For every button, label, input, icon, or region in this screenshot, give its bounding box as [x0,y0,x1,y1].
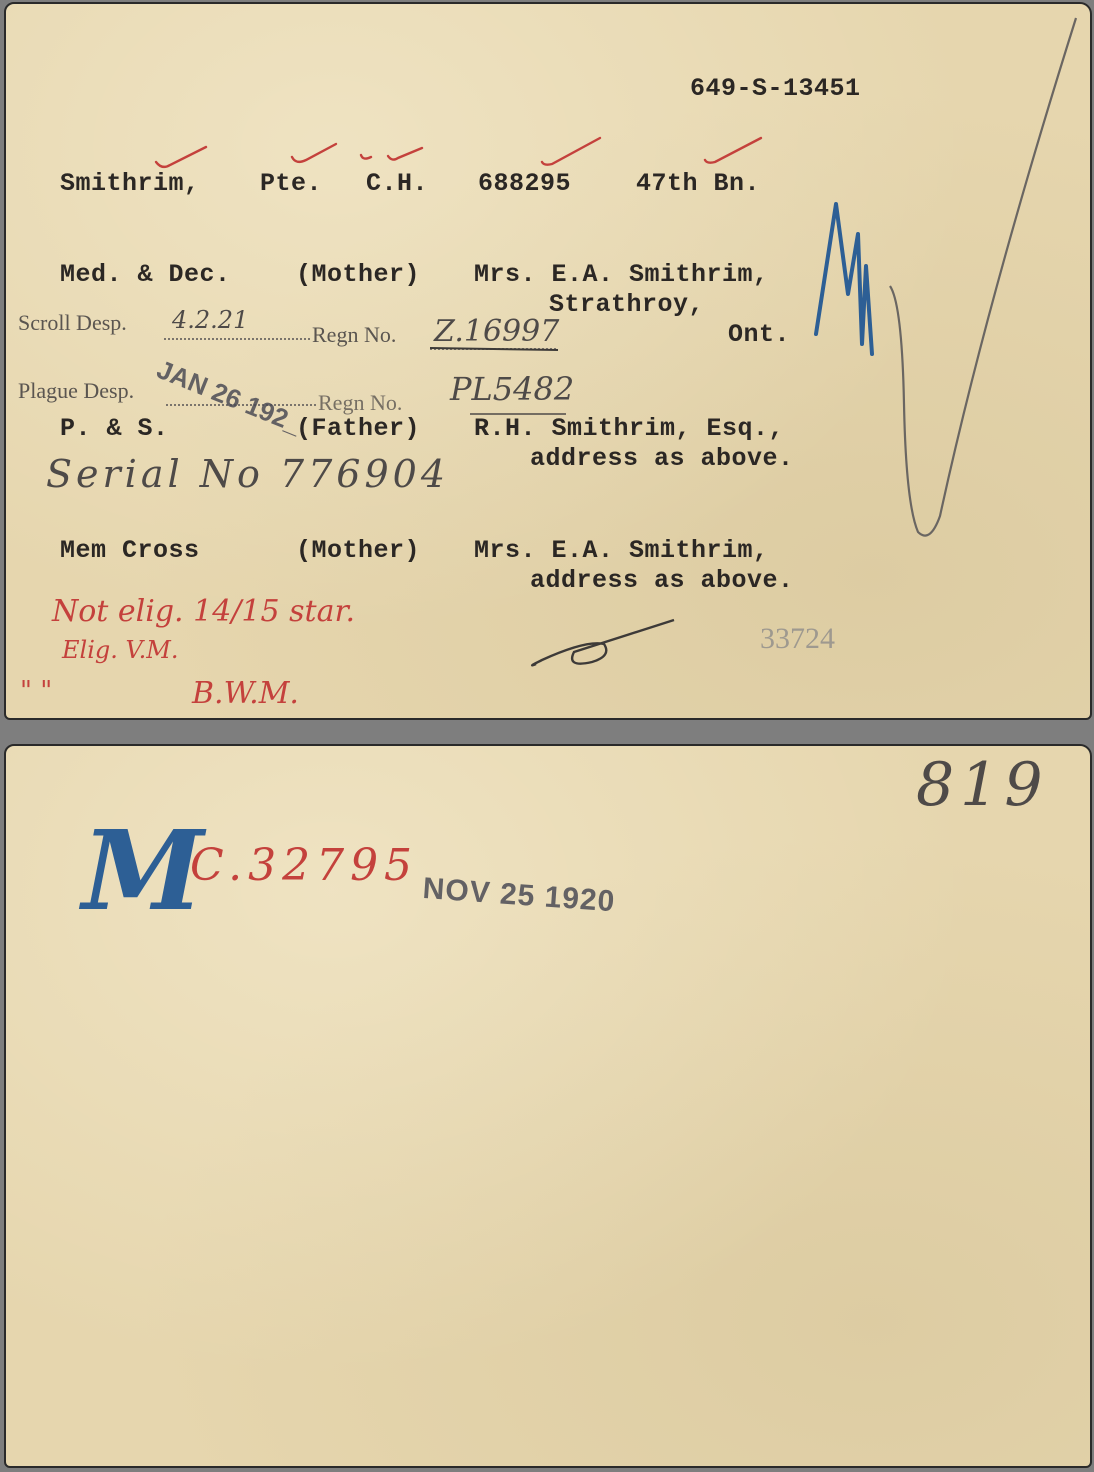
ps-relation: (Father) [296,414,420,443]
date-stamp: NOV 25 1920 [422,872,617,919]
med-dec-relation: (Mother) [296,260,420,289]
back-blue-initial: M [82,806,204,935]
scroll-date-line [164,338,310,340]
file-number: 649-S-13451 [690,74,861,103]
red-reference: C.32795 [190,840,418,891]
scroll-desp-label: Scroll Desp. [18,310,127,336]
blue-initial-mark [816,204,872,354]
plaque-regn-label: Regn No. [318,390,402,416]
pencil-check-mark [890,18,1076,536]
faint-stamped-number: 33724 [760,622,835,656]
card-front: 649-S-13451 Smithrim, Pte. C.H. 688295 4… [4,2,1092,720]
red-note-line-3-right: B.W.M. [192,676,299,711]
ps-label: P. & S. [60,414,169,443]
mem-cross-address: address as above. [530,566,794,595]
regimental-number: 688295 [478,169,571,198]
plaque-regn-value: PL5482 [450,370,574,408]
plaque-desp-label: Plague Desp. [18,378,134,404]
ps-address: address as above. [530,444,794,473]
rank: Pte. [260,169,322,198]
mem-cross-label: Mem Cross [60,536,200,565]
mem-cross-relation: (Mother) [296,536,420,565]
pencil-initials-mark [532,620,674,665]
card-back: 819 M C.32795 NOV 25 1920 [4,744,1092,1468]
mem-cross-name: Mrs. E.A. Smithrim, [474,536,769,565]
initials: C.H. [366,169,428,198]
red-check-icon [156,138,761,167]
ps-name: R.H. Smithrim, Esq., [474,414,784,443]
red-note-line-2: Elig. V.M. [62,636,178,664]
red-note-line-1: Not elig. 14/15 star. [52,594,355,629]
scroll-date: 4.2.21 [172,306,248,334]
scroll-regn-value: Z.16997 [434,314,559,349]
med-dec-address-2: Ont. [728,320,790,349]
med-dec-address-1: Strathroy, [549,290,704,319]
serial-number-note: Serial No 776904 [46,452,449,496]
unit: 47th Bn. [636,169,760,198]
med-dec-name: Mrs. E.A. Smithrim, [474,260,769,289]
plaque-date-stamp: JAN 26 192_ [152,354,306,440]
scroll-regn-label: Regn No. [312,322,396,348]
card-number: 819 [916,750,1049,820]
surname: Smithrim, [60,169,200,198]
red-note-line-3-left: " " [20,676,52,706]
med-dec-label: Med. & Dec. [60,260,231,289]
